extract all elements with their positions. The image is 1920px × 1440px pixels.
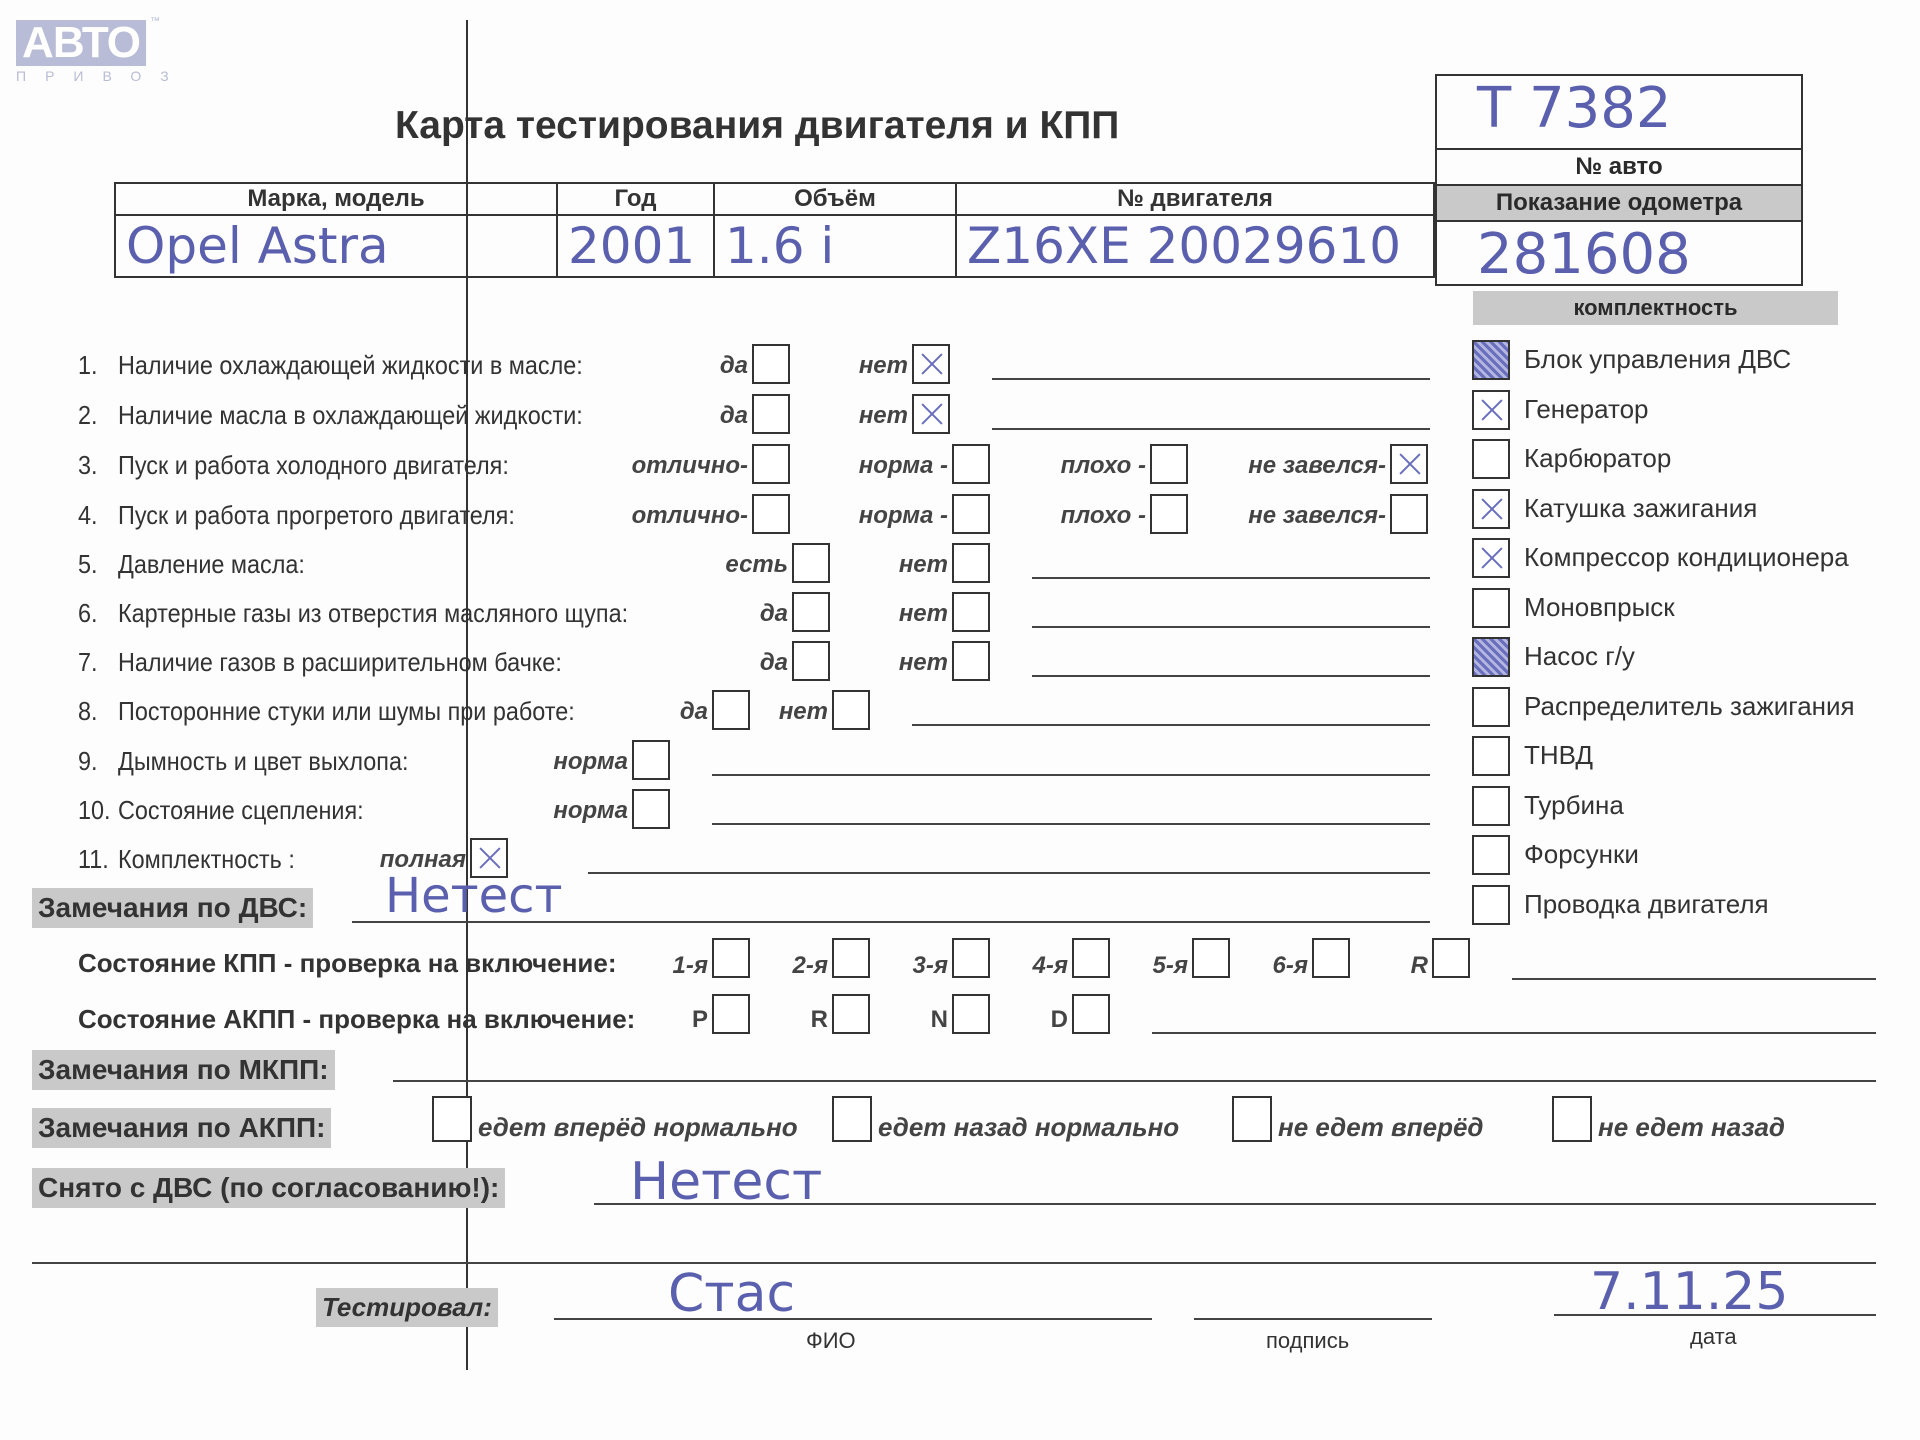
komplektnost-item-label: Турбина [1524, 790, 1624, 821]
auto-box: Т 7382 № авто Показание одометра 281608 [1435, 74, 1803, 286]
kpp-label: Состояние КПП - проверка на включение: [78, 948, 617, 979]
option-label: да [680, 352, 748, 380]
checklist-label: Картерные газы из отверстия масляного щу… [118, 598, 628, 629]
akpp-remark-checkbox[interactable] [1552, 1096, 1592, 1142]
option-label: норма [548, 797, 628, 825]
option-label: отлично- [630, 502, 748, 530]
akpp-gear-checkbox[interactable] [1072, 994, 1110, 1034]
option-checkbox[interactable] [952, 592, 990, 632]
akpp-gear-label: D [1028, 1006, 1068, 1034]
checklist-number: 10. [78, 795, 111, 826]
option-label: нет [772, 698, 828, 726]
option-label: нет [892, 600, 948, 628]
odometer-value[interactable]: 281608 [1437, 222, 1801, 284]
kpp-gear-label: R [1388, 952, 1428, 980]
removed-label: Снято с ДВС (по согласованию!): [32, 1168, 505, 1208]
test-date[interactable]: 7.11.25 [1590, 1262, 1788, 1322]
option-checkbox[interactable] [952, 444, 990, 484]
option-checkbox[interactable] [1150, 444, 1188, 484]
komplektnost-checkbox[interactable] [1472, 835, 1510, 875]
notes-line [912, 724, 1430, 726]
komplektnost-header: комплектность [1473, 291, 1838, 325]
header-volume: Объём [714, 183, 956, 215]
checklist-number: 4. [78, 500, 98, 531]
dvs-remarks-label: Замечания по ДВС: [32, 888, 313, 928]
notes-line [992, 378, 1430, 380]
name-caption: ФИО [806, 1328, 856, 1354]
option-label: нет [892, 551, 948, 579]
checklist-label: Наличие масла в охлаждающей жидкости: [118, 400, 583, 431]
option-label: плохо - [1056, 452, 1146, 480]
kpp-gear-label: 6-я [1268, 952, 1308, 980]
vehicle-table: Марка, модель Год Объём № двигателя Opel… [114, 182, 1435, 278]
checklist-label: Посторонние стуки или шумы при работе: [118, 696, 575, 727]
option-checkbox[interactable] [752, 344, 790, 384]
option-label: отлично- [630, 452, 748, 480]
komplektnost-item-label: Форсунки [1524, 839, 1639, 870]
checklist-label: Наличие охлаждающей жидкости в масле: [118, 350, 583, 381]
komplektnost-item-label: Блок управления ДВС [1524, 344, 1791, 375]
kpp-gear-label: 1-я [668, 952, 708, 980]
option-checkbox[interactable] [792, 592, 830, 632]
option-label: норма - [844, 452, 948, 480]
kpp-line [1512, 978, 1876, 980]
kpp-gear-checkbox[interactable] [1312, 938, 1350, 978]
checklist-label: Пуск и работа прогретого двигателя: [118, 500, 515, 531]
header-year: Год [557, 183, 714, 215]
kpp-gear-checkbox[interactable] [712, 938, 750, 978]
komplektnost-item-label: Компрессор кондиционера [1524, 542, 1849, 573]
option-label: норма - [844, 502, 948, 530]
notes-line [588, 872, 1430, 874]
auto-number-label: № авто [1437, 150, 1801, 186]
tested-by-label: Тестировал: [316, 1288, 498, 1327]
kpp-gear-checkbox[interactable] [832, 938, 870, 978]
kpp-gear-checkbox[interactable] [1072, 938, 1110, 978]
option-checkbox[interactable] [1150, 494, 1188, 534]
logo: АВТО [16, 20, 146, 66]
checklist-label: Давление масла: [118, 549, 305, 580]
option-checkbox[interactable] [752, 394, 790, 434]
checklist-number: 11. [78, 844, 109, 875]
akpp-gear-label: N [908, 1006, 948, 1034]
checklist-number: 7. [78, 647, 98, 678]
tester-name[interactable]: Стас [668, 1264, 795, 1324]
option-checkbox[interactable] [952, 641, 990, 681]
header-engine-no: № двигателя [956, 183, 1434, 215]
kpp-gear-label: 2-я [788, 952, 828, 980]
header-model: Марка, модель [115, 183, 557, 215]
date-caption: дата [1690, 1324, 1737, 1350]
komplektnost-item-label: Распределитель зажигания [1524, 691, 1855, 722]
engine-no-value[interactable]: Z16XE 20029610 [956, 215, 1434, 277]
kpp-gear-label: 4-я [1028, 952, 1068, 980]
page-title: Карта тестирования двигателя и КПП [395, 104, 1119, 148]
odometer-label: Показание одометра [1437, 186, 1801, 222]
komplektnost-checkbox[interactable] [1472, 588, 1510, 628]
option-label: нет [844, 352, 908, 380]
checklist-number: 8. [78, 696, 98, 727]
option-label: да [756, 600, 788, 628]
checklist-label: Наличие газов в расширительном бачке: [118, 647, 562, 678]
checklist-number: 9. [78, 746, 98, 777]
mkpp-remarks-line [393, 1080, 1876, 1082]
option-checkbox[interactable] [832, 690, 870, 730]
komplektnost-checkbox[interactable] [1472, 538, 1510, 578]
checklist-number: 3. [78, 450, 98, 481]
model-value[interactable]: Opel Astra [115, 215, 557, 277]
sign-line [1194, 1318, 1432, 1320]
komplektnost-checkbox[interactable] [1472, 390, 1510, 430]
option-checkbox[interactable] [752, 494, 790, 534]
akpp-remark-label: не едет вперёд [1278, 1112, 1484, 1143]
checklist-label: Пуск и работа холодного двигателя: [118, 450, 509, 481]
notes-line [712, 774, 1430, 776]
option-checkbox[interactable] [752, 444, 790, 484]
akpp-remark-checkbox[interactable] [432, 1096, 472, 1142]
akpp-line [1152, 1032, 1876, 1034]
komplektnost-item-label: Проводка двигателя [1524, 889, 1769, 920]
komplektnost-checkbox[interactable] [1472, 687, 1510, 727]
checklist-label: Состояние сцепления: [118, 795, 364, 826]
option-checkbox[interactable] [712, 690, 750, 730]
option-label: да [756, 649, 788, 677]
name-line [554, 1318, 1152, 1320]
akpp-label: Состояние АКПП - проверка на включение: [78, 1004, 635, 1035]
kpp-gear-checkbox[interactable] [952, 938, 990, 978]
option-checkbox[interactable] [632, 789, 670, 829]
checklist-number: 6. [78, 598, 98, 629]
notes-line [1032, 675, 1430, 677]
akpp-remark-checkbox[interactable] [1232, 1096, 1272, 1142]
akpp-gear-label: P [668, 1006, 708, 1034]
option-checkbox[interactable] [912, 344, 950, 384]
removed-line [594, 1203, 1876, 1205]
option-label: да [680, 402, 748, 430]
option-checkbox[interactable] [632, 740, 670, 780]
sign-caption: подпись [1266, 1328, 1349, 1354]
date-line [1554, 1314, 1876, 1316]
option-checkbox[interactable] [792, 543, 830, 583]
komplektnost-item-label: Насос г/у [1524, 641, 1635, 672]
option-checkbox[interactable] [912, 394, 950, 434]
checklist-number: 5. [78, 549, 98, 580]
kpp-gear-checkbox[interactable] [1192, 938, 1230, 978]
kpp-gear-label: 3-я [908, 952, 948, 980]
komplektnost-checkbox[interactable] [1472, 736, 1510, 776]
komplektnost-checkbox[interactable] [1472, 489, 1510, 529]
kpp-gear-label: 5-я [1148, 952, 1188, 980]
option-checkbox[interactable] [952, 494, 990, 534]
option-label: не завелся- [1244, 502, 1386, 530]
checklist-number: 2. [78, 400, 98, 431]
option-label: плохо - [1056, 502, 1146, 530]
dvs-remarks-line [352, 921, 1430, 923]
akpp-gear-label: R [788, 1006, 828, 1034]
checklist-label: Комплектность : [118, 844, 295, 875]
option-checkbox[interactable] [1390, 444, 1428, 484]
notes-line [1032, 626, 1430, 628]
komplektnost-item-label: ТНВД [1524, 740, 1593, 771]
logo-tm: ™ [150, 16, 160, 27]
volume-value[interactable]: 1.6 i [714, 215, 956, 277]
akpp-remarks-label: Замечания по АКПП: [32, 1108, 331, 1148]
akpp-remark-label: едет назад нормально [878, 1112, 1179, 1143]
option-checkbox[interactable] [1390, 494, 1428, 534]
komplektnost-item-label: Катушка зажигания [1524, 493, 1757, 524]
year-value[interactable]: 2001 [557, 215, 714, 277]
checklist-label: Дымность и цвет выхлопа: [118, 746, 408, 777]
akpp-gear-checkbox[interactable] [712, 994, 750, 1034]
akpp-gear-checkbox[interactable] [952, 994, 990, 1034]
option-label: норма [548, 748, 628, 776]
checklist-number: 1. [78, 350, 98, 381]
option-checkbox[interactable] [952, 543, 990, 583]
akpp-remark-checkbox[interactable] [832, 1096, 872, 1142]
mkpp-remarks-label: Замечания по МКПП: [32, 1050, 335, 1090]
komplektnost-checkbox[interactable] [1472, 340, 1510, 380]
option-checkbox[interactable] [792, 641, 830, 681]
komplektnost-checkbox[interactable] [1472, 637, 1510, 677]
auto-number-value[interactable]: Т 7382 [1437, 76, 1801, 150]
notes-line [992, 428, 1430, 430]
komplektnost-checkbox[interactable] [1472, 885, 1510, 925]
logo-subtitle: ПРИВОЗ [16, 68, 188, 84]
kpp-gear-checkbox[interactable] [1432, 938, 1470, 978]
akpp-remark-label: не едет назад [1598, 1112, 1785, 1143]
notes-line [1032, 577, 1430, 579]
notes-line [712, 823, 1430, 825]
option-label: нет [892, 649, 948, 677]
dvs-remarks-value[interactable]: Нетест [385, 868, 562, 924]
komplektnost-checkbox[interactable] [1472, 786, 1510, 826]
akpp-gear-checkbox[interactable] [832, 994, 870, 1034]
option-label: да [676, 698, 708, 726]
komplektnost-item-label: Карбюратор [1524, 443, 1671, 474]
option-label: не завелся- [1244, 452, 1386, 480]
akpp-remark-label: едет вперёд нормально [478, 1112, 798, 1143]
komplektnost-checkbox[interactable] [1472, 439, 1510, 479]
komplektnost-item-label: Моновпрыск [1524, 592, 1675, 623]
option-label: нет [844, 402, 908, 430]
option-label: есть [720, 551, 788, 579]
komplektnost-item-label: Генератор [1524, 394, 1649, 425]
